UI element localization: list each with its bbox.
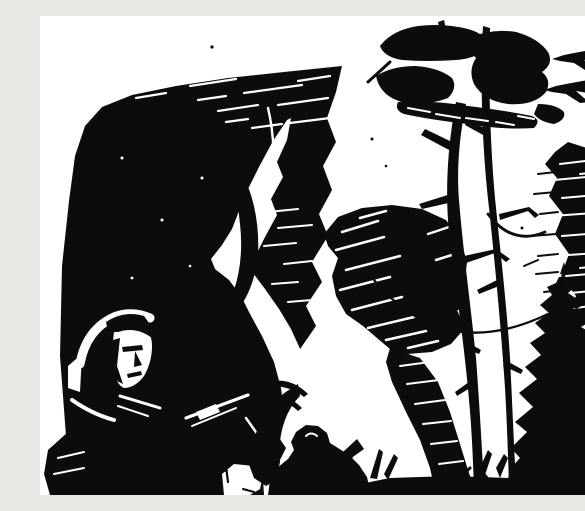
woodcut-illustration: black-and-white woodcut book illustratio…: [40, 16, 585, 495]
